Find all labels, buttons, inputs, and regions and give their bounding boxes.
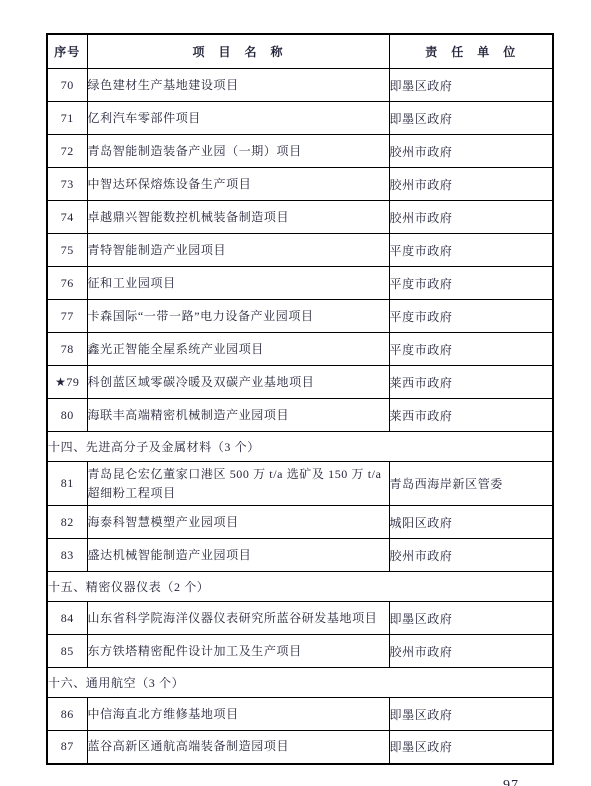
- row-number-cell: 81: [47, 462, 87, 506]
- table-row: 74卓越鼎兴智能数控机械装备制造项目胶州市政府: [47, 201, 553, 234]
- project-name-cell: 青特智能制造产业园项目: [87, 234, 389, 267]
- project-name-cell: 中智达环保熔炼设备生产项目: [87, 168, 389, 201]
- section-header-cell: 十五、精密仪器仪表（2 个）: [47, 572, 553, 602]
- table-row: 82海泰科智慧模塑产业园项目城阳区政府: [47, 506, 553, 539]
- section-header-cell: 十六、通用航空（3 个）: [47, 668, 553, 698]
- row-number-cell: 77: [47, 300, 87, 333]
- project-name-cell: 海联丰高端精密机械制造产业园项目: [87, 399, 389, 432]
- responsible-unit-cell: 胶州市政府: [389, 539, 553, 572]
- section-row: 十五、精密仪器仪表（2 个）: [47, 572, 553, 602]
- row-number-cell: 85: [47, 635, 87, 668]
- row-number-cell: 75: [47, 234, 87, 267]
- table-header: 序号 项 目 名 称 责 任 单 位: [47, 34, 553, 69]
- project-name-cell: 鑫光正智能全屋系统产业园项目: [87, 333, 389, 366]
- table-body: 70绿色建材生产基地建设项目即墨区政府71亿利汽车零部件项目即墨区政府72青岛智…: [47, 69, 553, 764]
- responsible-unit-cell: 即墨区政府: [389, 102, 553, 135]
- project-name-cell: 绿色建材生产基地建设项目: [87, 69, 389, 102]
- responsible-unit-cell: 莱西市政府: [389, 366, 553, 399]
- table-row: 75青特智能制造产业园项目平度市政府: [47, 234, 553, 267]
- row-number-cell: 76: [47, 267, 87, 300]
- section-row: 十六、通用航空（3 个）: [47, 668, 553, 698]
- header-row: 序号 项 目 名 称 责 任 单 位: [47, 34, 553, 69]
- project-name-cell: 征和工业园项目: [87, 267, 389, 300]
- table-row: 84山东省科学院海洋仪器仪表研究所蓝谷研发基地项目即墨区政府: [47, 602, 553, 635]
- project-name-cell: 卡森国际“一带一路”电力设备产业园项目: [87, 300, 389, 333]
- section-row: 十四、先进高分子及金属材料（3 个）: [47, 432, 553, 462]
- project-name-cell: 海泰科智慧模塑产业园项目: [87, 506, 389, 539]
- table-row: 77卡森国际“一带一路”电力设备产业园项目平度市政府: [47, 300, 553, 333]
- responsible-unit-cell: 胶州市政府: [389, 168, 553, 201]
- table-row: 76征和工业园项目平度市政府: [47, 267, 553, 300]
- project-name-cell: 科创蓝区域零碳冷暖及双碳产业基地项目: [87, 366, 389, 399]
- project-name-cell: 青岛昆仑宏亿董家口港区 500 万 t/a 选矿及 150 万 t/a 超细粉工…: [87, 462, 389, 506]
- project-name-cell: 中信海直北方维修基地项目: [87, 698, 389, 731]
- table-row: 70绿色建材生产基地建设项目即墨区政府: [47, 69, 553, 102]
- row-number-cell: 72: [47, 135, 87, 168]
- row-number-cell: 78: [47, 333, 87, 366]
- project-name-cell: 盛达机械智能制造产业园项目: [87, 539, 389, 572]
- row-number-cell: 80: [47, 399, 87, 432]
- document-page: 序号 项 目 名 称 责 任 单 位 70绿色建材生产基地建设项目即墨区政府71…: [0, 0, 591, 786]
- responsible-unit-cell: 胶州市政府: [389, 635, 553, 668]
- row-number-cell: 84: [47, 602, 87, 635]
- responsible-unit-cell: 即墨区政府: [389, 698, 553, 731]
- responsible-unit-cell: 平度市政府: [389, 267, 553, 300]
- project-name-cell: 亿利汽车零部件项目: [87, 102, 389, 135]
- responsible-unit-cell: 平度市政府: [389, 333, 553, 366]
- table-row: 83盛达机械智能制造产业园项目胶州市政府: [47, 539, 553, 572]
- row-number-cell: ★79: [47, 366, 87, 399]
- project-name-cell: 卓越鼎兴智能数控机械装备制造项目: [87, 201, 389, 234]
- table-row: 71亿利汽车零部件项目即墨区政府: [47, 102, 553, 135]
- responsible-unit-cell: 莱西市政府: [389, 399, 553, 432]
- responsible-unit-cell: 平度市政府: [389, 300, 553, 333]
- responsible-unit-cell: 青岛西海岸新区管委: [389, 462, 553, 506]
- responsible-unit-cell: 胶州市政府: [389, 201, 553, 234]
- responsible-unit-cell: 即墨区政府: [389, 69, 553, 102]
- responsible-unit-cell: 即墨区政府: [389, 602, 553, 635]
- table-row: 73中智达环保熔炼设备生产项目胶州市政府: [47, 168, 553, 201]
- responsible-unit-cell: 城阳区政府: [389, 506, 553, 539]
- header-responsible-unit: 责 任 单 位: [389, 34, 553, 69]
- table-row: 78鑫光正智能全屋系统产业园项目平度市政府: [47, 333, 553, 366]
- table-row: 81青岛昆仑宏亿董家口港区 500 万 t/a 选矿及 150 万 t/a 超细…: [47, 462, 553, 506]
- row-number-cell: 82: [47, 506, 87, 539]
- project-name-cell: 蓝谷高新区通航高端装备制造园项目: [87, 731, 389, 764]
- row-number-cell: 87: [47, 731, 87, 764]
- table-row: 86中信海直北方维修基地项目即墨区政府: [47, 698, 553, 731]
- table-row: 80海联丰高端精密机械制造产业园项目莱西市政府: [47, 399, 553, 432]
- table-row: 85东方铁塔精密配件设计加工及生产项目胶州市政府: [47, 635, 553, 668]
- table-row: 87蓝谷高新区通航高端装备制造园项目即墨区政府: [47, 731, 553, 764]
- row-number-cell: 83: [47, 539, 87, 572]
- projects-table: 序号 项 目 名 称 责 任 单 位 70绿色建材生产基地建设项目即墨区政府71…: [46, 33, 554, 765]
- project-name-cell: 青岛智能制造装备产业园（一期）项目: [87, 135, 389, 168]
- row-number-cell: 86: [47, 698, 87, 731]
- row-number-cell: 70: [47, 69, 87, 102]
- header-project-name: 项 目 名 称: [87, 34, 389, 69]
- responsible-unit-cell: 平度市政府: [389, 234, 553, 267]
- row-number-cell: 73: [47, 168, 87, 201]
- project-name-cell: 东方铁塔精密配件设计加工及生产项目: [87, 635, 389, 668]
- row-number-cell: 71: [47, 102, 87, 135]
- page-number: 97: [503, 778, 519, 786]
- responsible-unit-cell: 即墨区政府: [389, 731, 553, 764]
- header-serial-number: 序号: [47, 34, 87, 69]
- table-row: ★79科创蓝区域零碳冷暖及双碳产业基地项目莱西市政府: [47, 366, 553, 399]
- row-number-cell: 74: [47, 201, 87, 234]
- table-row: 72青岛智能制造装备产业园（一期）项目胶州市政府: [47, 135, 553, 168]
- section-header-cell: 十四、先进高分子及金属材料（3 个）: [47, 432, 553, 462]
- responsible-unit-cell: 胶州市政府: [389, 135, 553, 168]
- project-name-cell: 山东省科学院海洋仪器仪表研究所蓝谷研发基地项目: [87, 602, 389, 635]
